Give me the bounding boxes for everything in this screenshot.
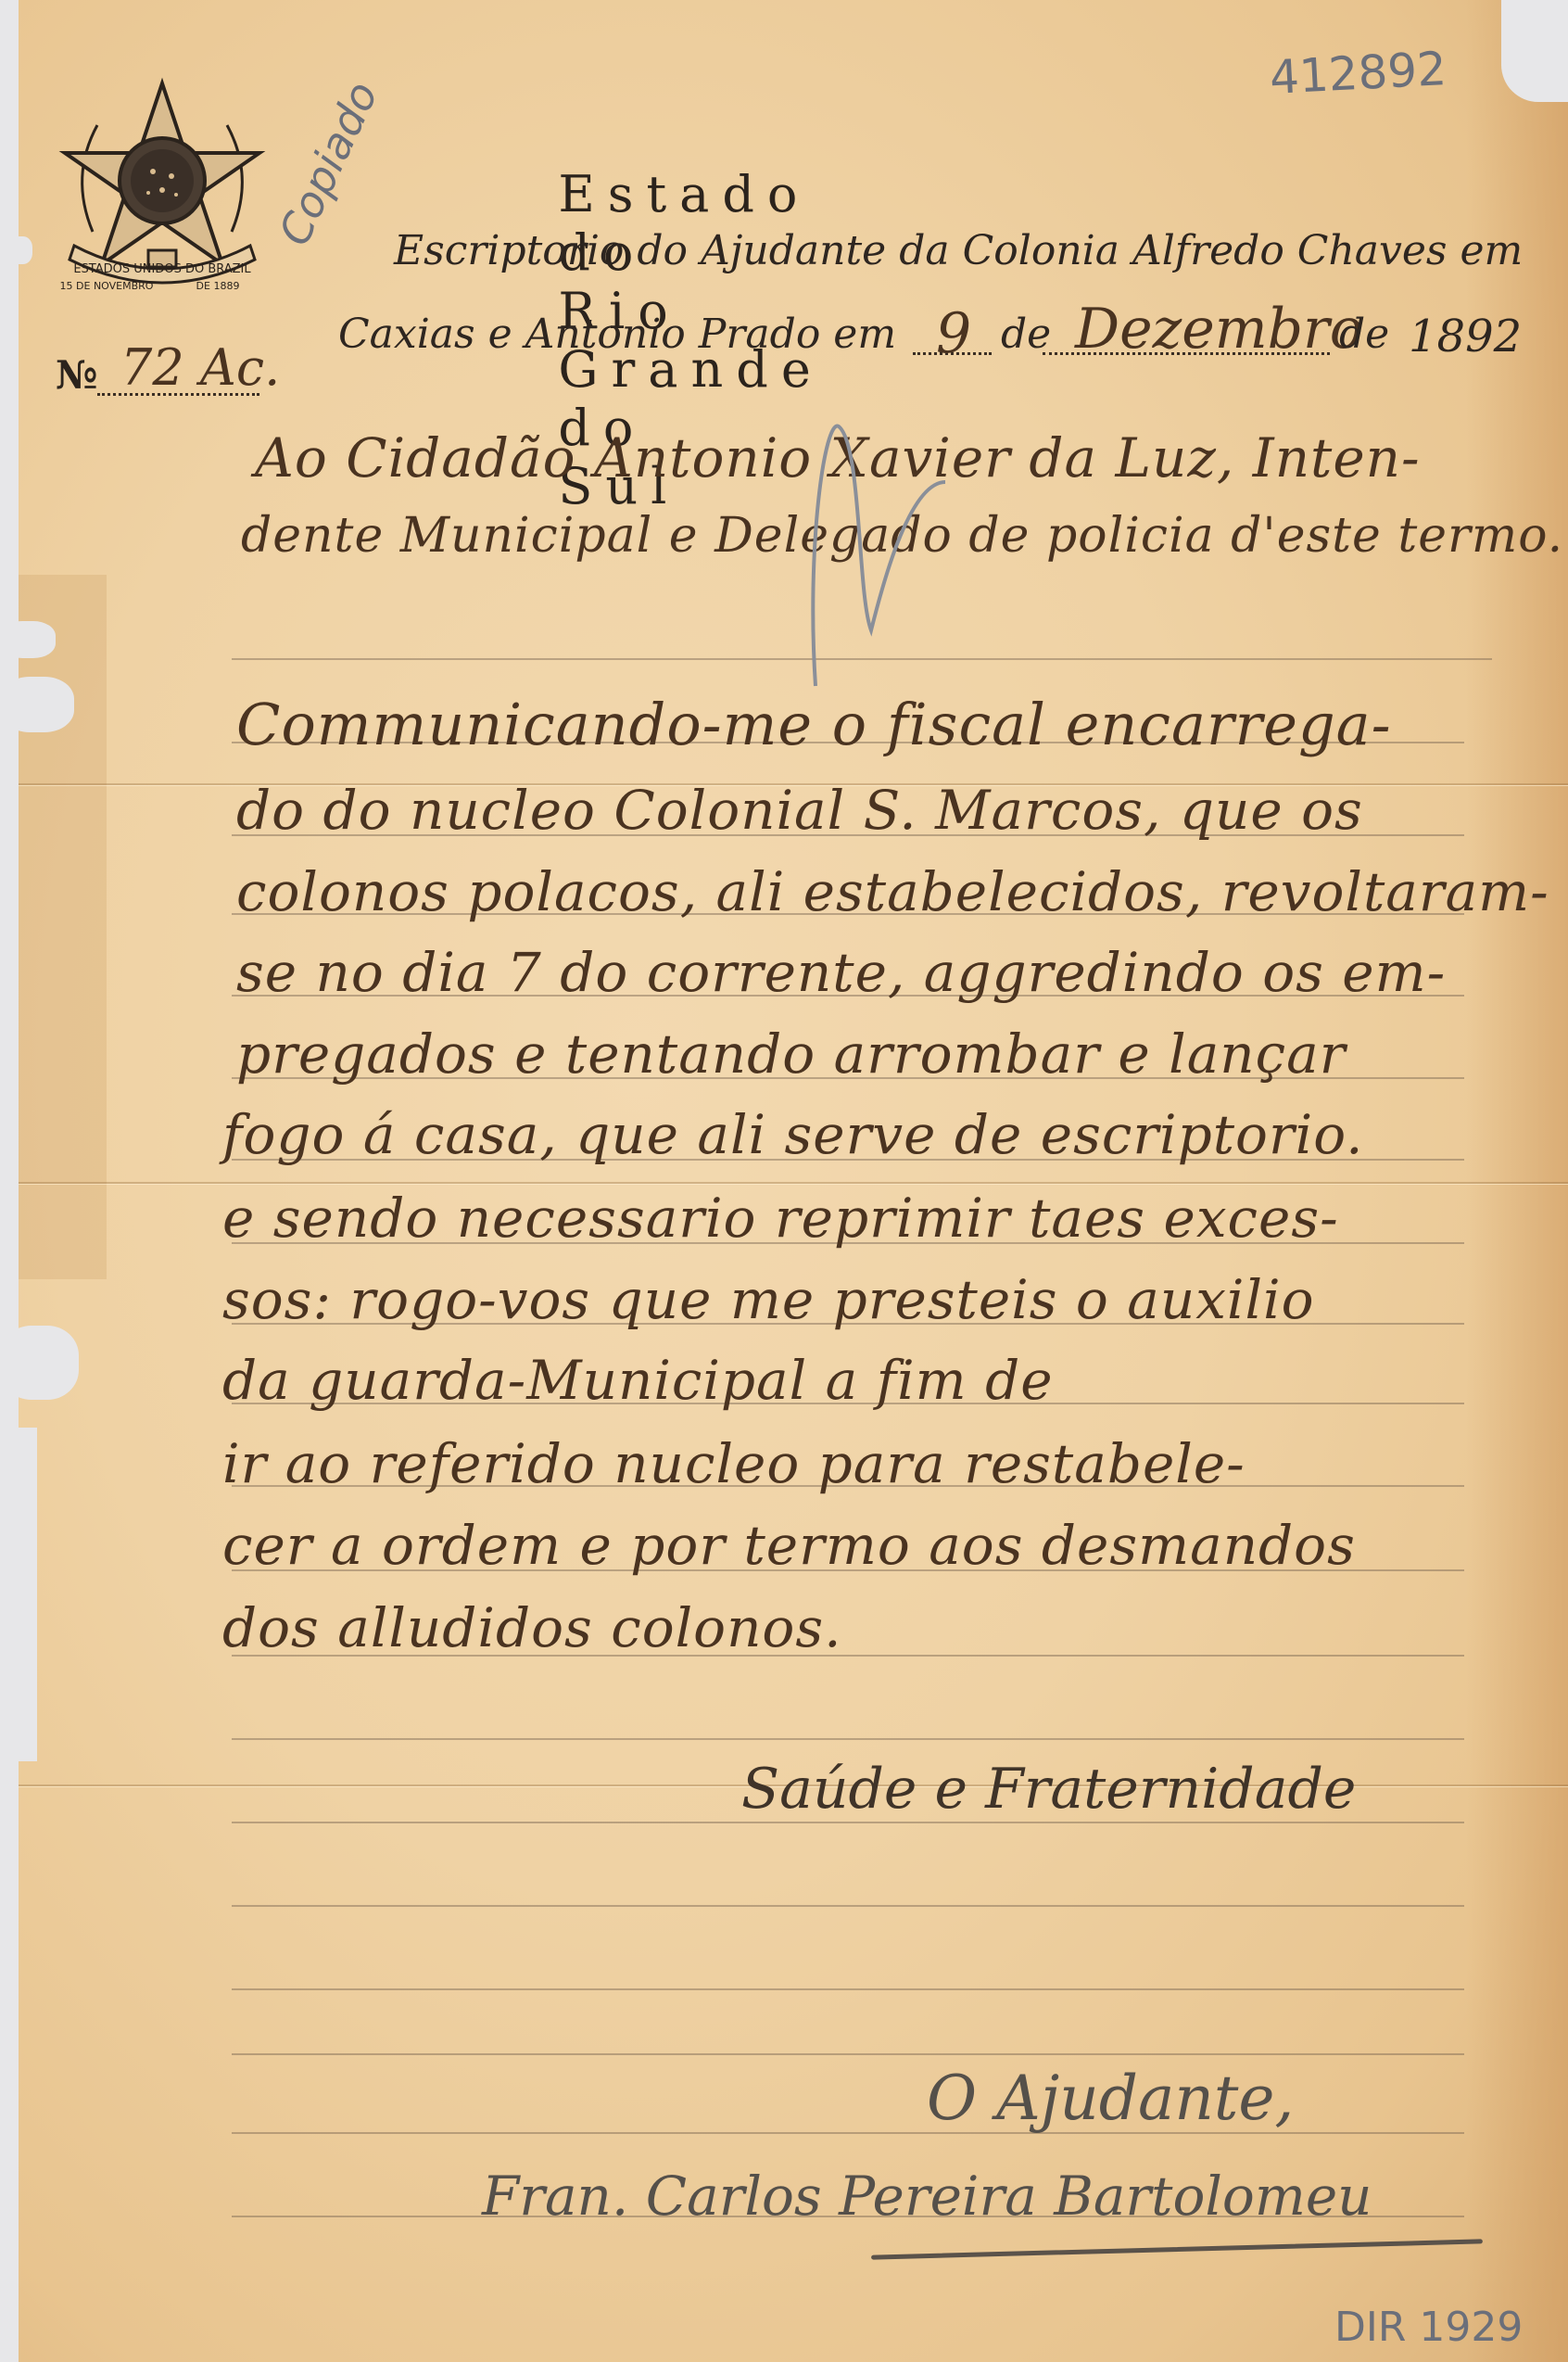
svg-text:DE 1889: DE 1889	[196, 280, 240, 292]
paper-tear	[0, 677, 74, 732]
title-word: Estado	[558, 165, 810, 223]
body-line: cer a ordem e por termo aos desmandos	[222, 1514, 1356, 1577]
signature-name: Fran. Carlos Pereira Bartolomeu	[482, 2165, 1372, 2228]
body-line: e sendo necessario reprimir taes exces-	[222, 1187, 1339, 1250]
ruled-line	[232, 1822, 1464, 1823]
body-line: ir ao referido nucleo para restabele-	[222, 1432, 1246, 1495]
document-number: 72 Ac.	[120, 338, 280, 397]
footer-archive-mark: DIR 1929	[1334, 2304, 1523, 2351]
body-line: sos: rogo-vos que me presteis o auxilio	[222, 1268, 1315, 1331]
date-month: Dezembro	[1075, 297, 1363, 362]
date-de-1: de	[1001, 311, 1051, 358]
office-line-2: Caxias e Antonio Prado em	[338, 311, 896, 358]
body-line: da guarda-Municipal a fim de	[222, 1349, 1054, 1412]
pencil-check-mark-icon	[806, 408, 1010, 705]
date-year: 1892	[1409, 311, 1522, 362]
ruled-line	[232, 2053, 1464, 2055]
ruled-line	[232, 1738, 1464, 1740]
signature-title: O Ajudante,	[927, 2063, 1294, 2134]
svg-text:ESTADOS UNIDOS DO BRAZIL: ESTADOS UNIDOS DO BRAZIL	[73, 262, 251, 276]
date-de-2: de	[1339, 311, 1389, 358]
fold-line	[19, 1182, 1568, 1184]
body-line: do do nucleo Colonial S. Marcos, que os	[236, 779, 1363, 842]
paper-tear	[0, 621, 56, 658]
date-day: 9	[936, 301, 971, 366]
body-line: colonos polacos, ali estabelecidos, revo…	[236, 860, 1549, 923]
paper-tear	[0, 1326, 79, 1400]
office-line-1: Escriptorio do Ajudante da Colonia Alfre…	[394, 227, 1523, 274]
body-line: dos alludidos colonos.	[222, 1596, 842, 1659]
brazil-coat-of-arms-icon: ESTADOS UNIDOS DO BRAZIL 15 DE NOVEMBRO …	[56, 74, 269, 297]
closing: Saúde e Fraternidade	[741, 1757, 1356, 1822]
body-line: fogo á casa, que ali serve de escriptori…	[222, 1103, 1364, 1166]
ruled-line	[232, 1988, 1464, 1990]
body-line: pregados e tentando arrombar e lançar	[236, 1022, 1346, 1086]
paper-tear	[0, 1428, 37, 1761]
body-line: Communicando-me o fiscal encarrega-	[236, 691, 1392, 758]
archive-number: 412892	[1269, 42, 1448, 105]
ruled-line	[232, 1905, 1464, 1907]
paper-tear	[1501, 0, 1568, 102]
number-symbol: №	[56, 352, 98, 398]
svg-text:15 DE NOVEMBRO: 15 DE NOVEMBRO	[60, 280, 154, 292]
body-line: se no dia 7 do corrente, aggredindo os e…	[236, 941, 1446, 1004]
paper-tear	[9, 236, 32, 264]
